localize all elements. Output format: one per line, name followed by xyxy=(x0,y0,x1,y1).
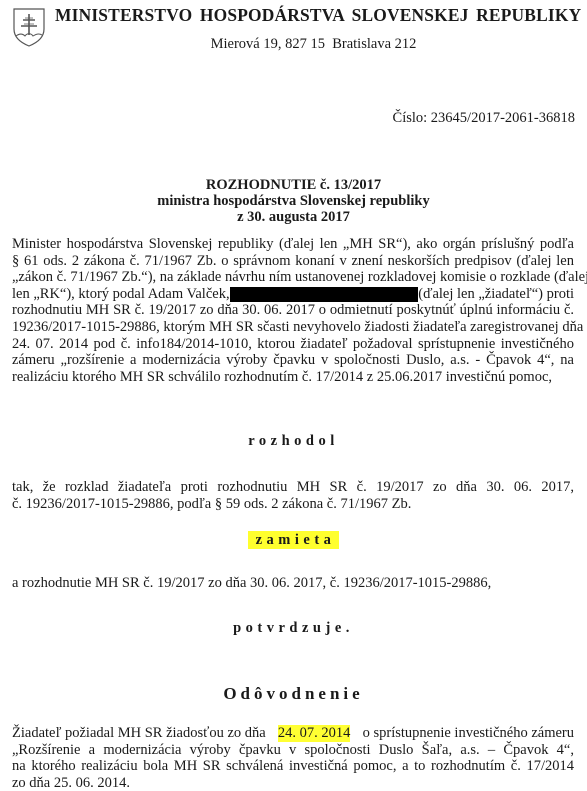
text-line: „Rozšírenie a modernizácia výroby čpavku… xyxy=(12,742,574,759)
justification-heading: Odôvodnenie xyxy=(0,684,587,704)
text-line: a rozhodnutie MH SR č. 19/2017 zo dňa 30… xyxy=(12,575,574,592)
ministry-address: Mierová 19, 827 15 Bratislava 212 xyxy=(0,35,587,53)
text-fragment: Žiadateľ požiadal MH SR žiadosťou zo dňa xyxy=(12,725,266,742)
justification-paragraph: Žiadateľ požiadal MH SR žiadosťou zo dňa… xyxy=(12,725,574,791)
text-line: zámeru „rozšírenie a modernizácia výroby… xyxy=(12,352,574,369)
reference-number: Číslo: 23645/2017-2061-36818 xyxy=(393,109,575,127)
text-line: na ktorého realizáciu bola MH SR schvále… xyxy=(12,758,574,775)
redacted-block xyxy=(230,287,419,302)
rozklad-paragraph: tak, že rozklad žiadateľa proti rozhodnu… xyxy=(12,479,574,512)
text-line: 24. 07. 2014 pod č. info184/2014-1010, k… xyxy=(12,336,574,353)
text-line: Minister hospodárstva Slovenskej republi… xyxy=(12,236,574,253)
highlighted-verdict: zamieta xyxy=(248,531,340,549)
ministry-name: MINISTERSTVO HOSPODÁRSTVA SLOVENSKEJ REP… xyxy=(55,4,587,26)
verdict-zamieta: zamieta xyxy=(0,531,587,549)
highlighted-date: 24. 07. 2014 xyxy=(278,725,351,742)
text-line: 19236/2017-1015-29886, ktorým MH SR sčas… xyxy=(12,319,574,336)
decision-title-issuer: ministra hospodárstva Slovenskej republi… xyxy=(0,193,587,209)
text-line: rozhodnutiu MH SR č. 19/2017 zo dňa 30. … xyxy=(12,302,574,319)
text-fragment: len „RK“), ktorý podal Adam Valček, xyxy=(12,286,230,303)
verdict-potvrdzuje: potvrdzuje. xyxy=(0,619,587,637)
text-fragment: o sprístupnenie investičného zámeru xyxy=(363,725,574,742)
confirm-paragraph: a rozhodnutie MH SR č. 19/2017 zo dňa 30… xyxy=(12,575,574,592)
decision-title: ROZHODNUTIE č. 13/2017 ministra hospodár… xyxy=(0,177,587,225)
text-line: č. 19236/2017-1015-29886, podľa § 59 ods… xyxy=(12,496,574,513)
text-line: realizáciu ktorého MH SR schválilo rozho… xyxy=(12,369,574,386)
text-line-with-highlight: Žiadateľ požiadal MH SR žiadosťou zo dňa… xyxy=(12,725,574,742)
verdict-rozhodol: rozhodol xyxy=(0,432,587,450)
text-line: § 61 ods. 2 zákona č. 71/1967 Zb. o sprá… xyxy=(12,253,574,270)
text-fragment: (ďalej len „žiadateľ“) proti xyxy=(418,286,574,303)
decision-title-number: ROZHODNUTIE č. 13/2017 xyxy=(0,177,587,193)
text-line: „zákon č. 71/1967 Zb.“), na základe návr… xyxy=(12,269,574,286)
intro-paragraph: Minister hospodárstva Slovenskej republi… xyxy=(12,236,574,385)
text-line-with-redaction: len „RK“), ktorý podal Adam Valček, (ďal… xyxy=(12,286,574,303)
decision-title-date: z 30. augusta 2017 xyxy=(0,209,587,225)
text-line: zo dňa 25. 06. 2014. xyxy=(12,775,574,791)
text-line: tak, že rozklad žiadateľa proti rozhodnu… xyxy=(12,479,574,496)
